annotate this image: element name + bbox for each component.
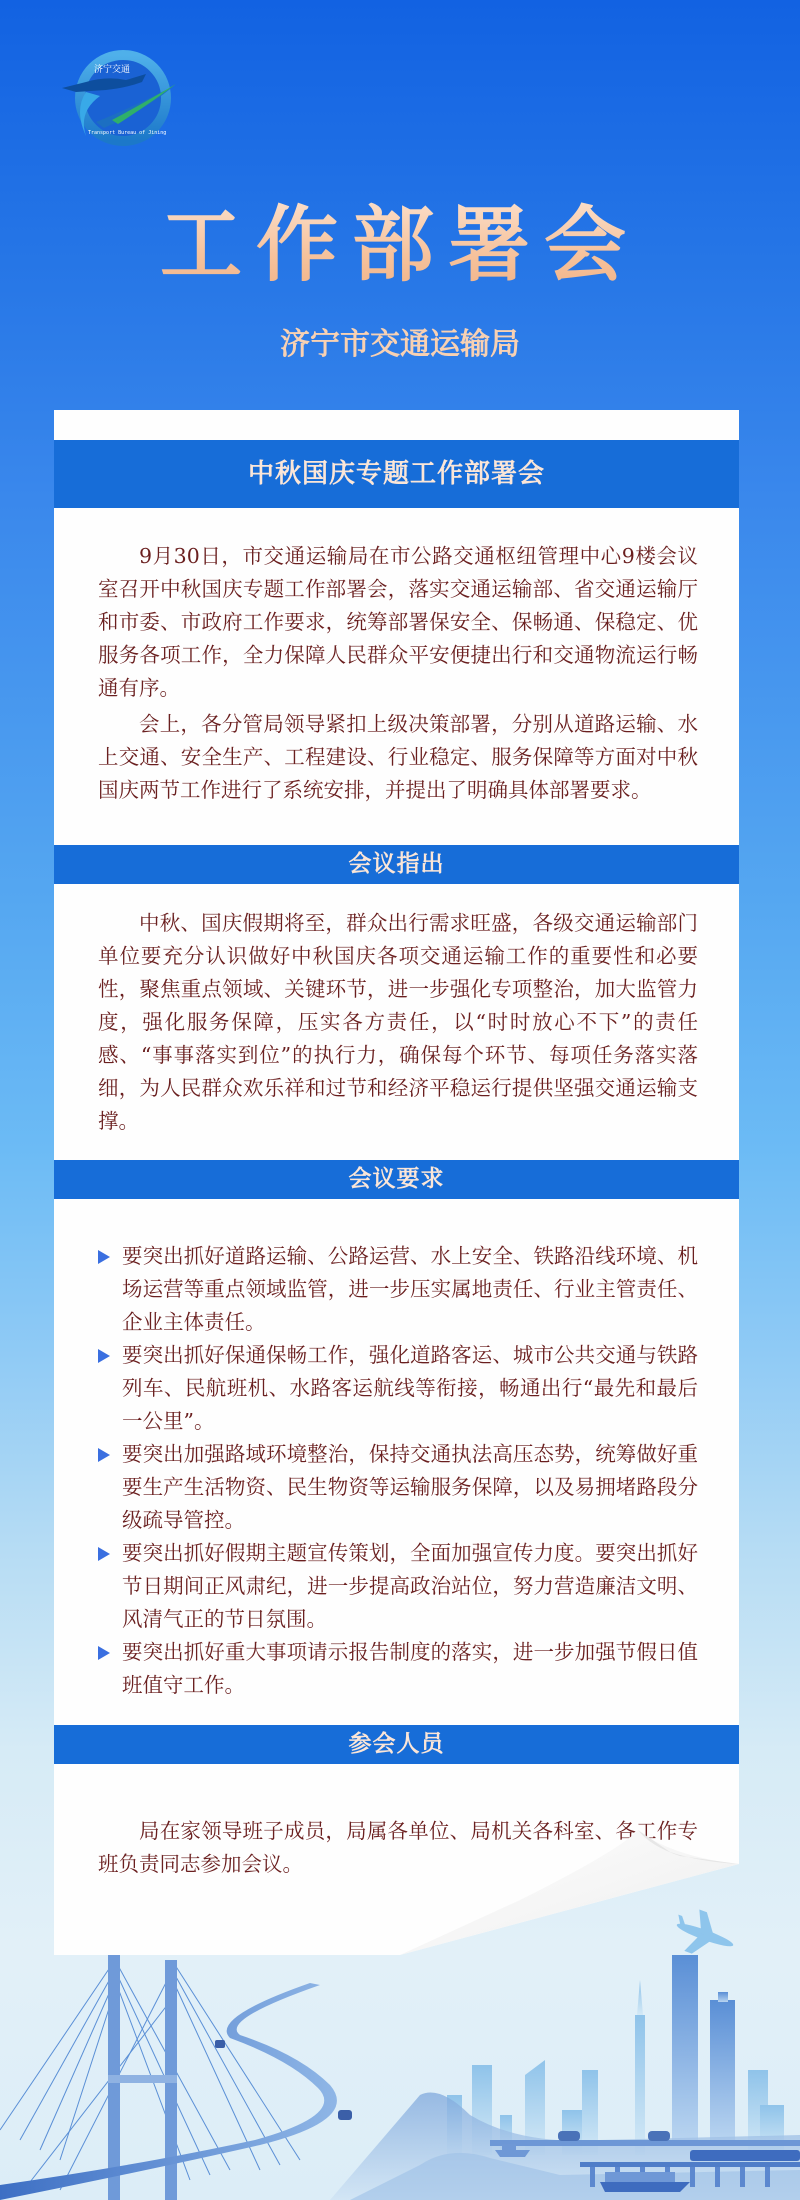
paragraph-intro: 9月30日，市交通运输局在市公路交通枢纽管理中心9楼会议室召开中秋国庆专题工作部… [98,540,698,705]
jining-transport-logo-icon: 济宁交通 Transport Bureau of Jining [56,40,186,150]
tower-buildings [672,1955,735,2140]
requirement-item: 要突出抓好道路运输、公路运营、水上安全、铁路沿线环境、机场运营等重点领域监管，进… [98,1240,698,1339]
requirement-item: 要突出抓好保通保畅工作，强化道路客运、城市公共交通与铁路列车、民航班机、水路客运… [98,1339,698,1438]
section-header-meeting-points: 会议指出 [54,845,739,884]
jining-transport-logo: 济宁交通 Transport Bureau of Jining [56,40,186,150]
car [648,2131,670,2141]
content-panel: 中秋国庆专题工作部署会 9月30日，市交通运输局在市公路交通枢纽管理中心9楼会议… [54,410,739,1955]
section-header-deployment: 中秋国庆专题工作部署会 [54,440,739,508]
transport-scene-illustration [0,1900,800,2200]
svg-text:Transport Bureau of Jining: Transport Bureau of Jining [88,130,166,136]
svg-text:济宁交通: 济宁交通 [94,63,130,75]
triangle-bullet-icon [98,1448,110,1462]
triangle-bullet-icon [98,1547,110,1561]
triangle-bullet-icon [98,1250,110,1264]
train [690,2150,800,2161]
section-header-requirements: 会议要求 [54,1160,739,1199]
triangle-bullet-icon [98,1349,110,1363]
requirement-item: 要突出抓好假期主题宣传策划，全面加强宣传力度。要突出抓好节日期间正风肃纪，进一步… [98,1537,698,1636]
page-subtitle: 济宁市交通运输局 [0,320,800,370]
triangle-bullet-icon [98,1646,110,1660]
requirements-list: 要突出抓好道路运输、公路运营、水上安全、铁路沿线环境、机场运营等重点领域监管，进… [98,1240,698,1702]
section-header-attendees: 参会人员 [54,1725,739,1764]
requirement-item: 要突出加强路域环境整治，保持交通执法高压态势，统筹做好重要生产生活物资、民生物资… [98,1438,698,1537]
paragraph-meeting: 会上，各分管局领导紧扣上级决策部署，分别从道路运输、水上交通、安全生产、工程建设… [98,708,698,807]
requirement-item: 要突出抓好重大事项请示报告制度的落实，进一步加强节假日值班值守工作。 [98,1636,698,1702]
page-title: 工作部署会 [0,195,800,295]
car [558,2131,580,2141]
paragraph-meeting-points: 中秋、国庆假期将至，群众出行需求旺盛，各级交通运输部门单位要充分认识做好中秋国庆… [98,907,698,1138]
car [338,2110,352,2120]
car [215,2040,225,2048]
